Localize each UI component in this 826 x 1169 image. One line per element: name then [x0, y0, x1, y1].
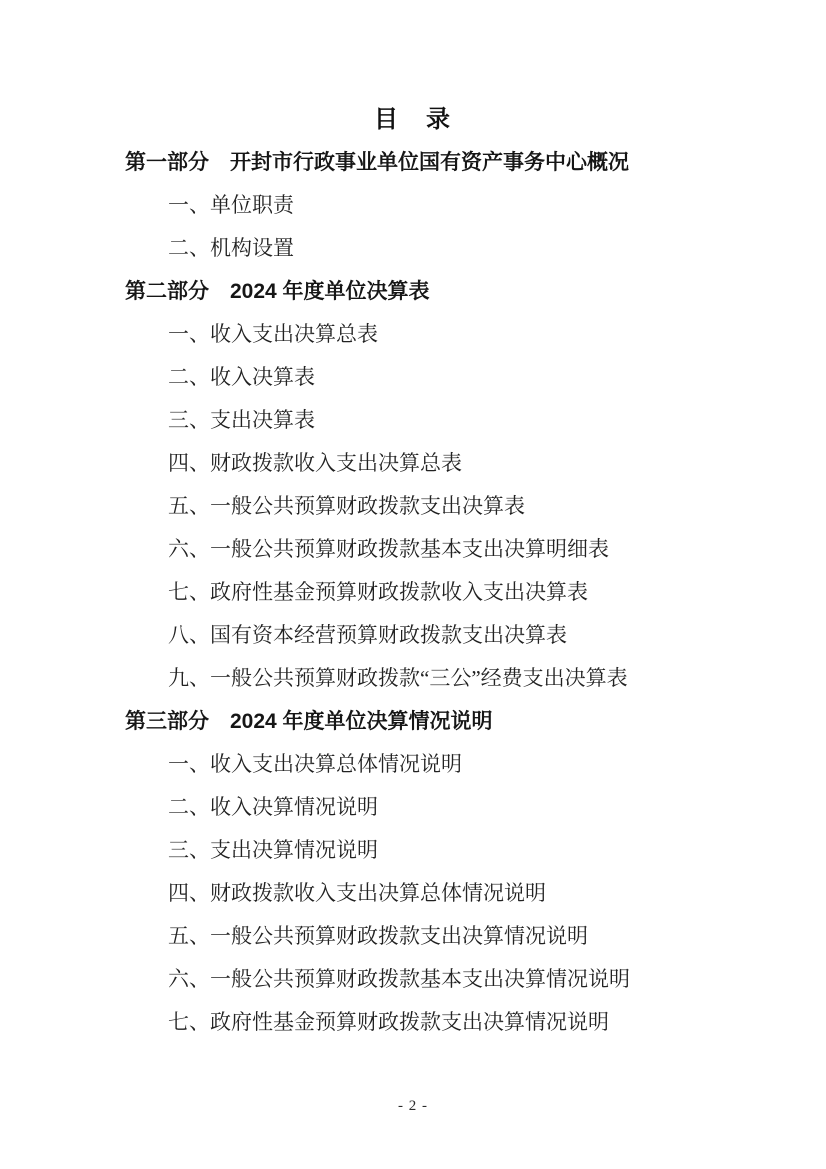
toc-item: 五、一般公共预算财政拨款支出决算情况说明 [0, 915, 826, 958]
toc-item: 七、政府性基金预算财政拨款收入支出决算表 [0, 571, 826, 614]
toc-item: 一、单位职责 [0, 184, 826, 227]
toc-item: 三、支出决算表 [0, 399, 826, 442]
toc-item: 九、一般公共预算财政拨款“三公”经费支出决算表 [0, 657, 826, 700]
toc-item: 八、国有资本经营预算财政拨款支出决算表 [0, 614, 826, 657]
toc-item: 二、收入决算表 [0, 356, 826, 399]
toc-section-1: 第一部分 开封市行政事业单位国有资产事务中心概况 一、单位职责 二、机构设置 [0, 141, 826, 270]
toc-section-heading: 第三部分 2024 年度单位决算情况说明 [0, 700, 826, 743]
toc-item: 二、机构设置 [0, 227, 826, 270]
toc-section-heading: 第二部分 2024 年度单位决算表 [0, 270, 826, 313]
toc-item: 七、政府性基金预算财政拨款支出决算情况说明 [0, 1001, 826, 1044]
toc-item: 六、一般公共预算财政拨款基本支出决算明细表 [0, 528, 826, 571]
page-title: 目 录 [0, 98, 826, 141]
toc-item: 五、一般公共预算财政拨款支出决算表 [0, 485, 826, 528]
document-page: 目 录 第一部分 开封市行政事业单位国有资产事务中心概况 一、单位职责 二、机构… [0, 0, 826, 1169]
toc-item: 三、支出决算情况说明 [0, 829, 826, 872]
toc-section-heading: 第一部分 开封市行政事业单位国有资产事务中心概况 [0, 141, 826, 184]
toc-item: 一、收入支出决算总表 [0, 313, 826, 356]
toc-item: 四、财政拨款收入支出决算总表 [0, 442, 826, 485]
toc-item: 二、收入决算情况说明 [0, 786, 826, 829]
toc-item: 六、一般公共预算财政拨款基本支出决算情况说明 [0, 958, 826, 1001]
toc-item: 一、收入支出决算总体情况说明 [0, 743, 826, 786]
toc-section-3: 第三部分 2024 年度单位决算情况说明 一、收入支出决算总体情况说明 二、收入… [0, 700, 826, 1044]
toc-item: 四、财政拨款收入支出决算总体情况说明 [0, 872, 826, 915]
toc-content: 目 录 第一部分 开封市行政事业单位国有资产事务中心概况 一、单位职责 二、机构… [0, 98, 826, 1044]
page-number: - 2 - [0, 1096, 826, 1116]
toc-section-2: 第二部分 2024 年度单位决算表 一、收入支出决算总表 二、收入决算表 三、支… [0, 270, 826, 700]
